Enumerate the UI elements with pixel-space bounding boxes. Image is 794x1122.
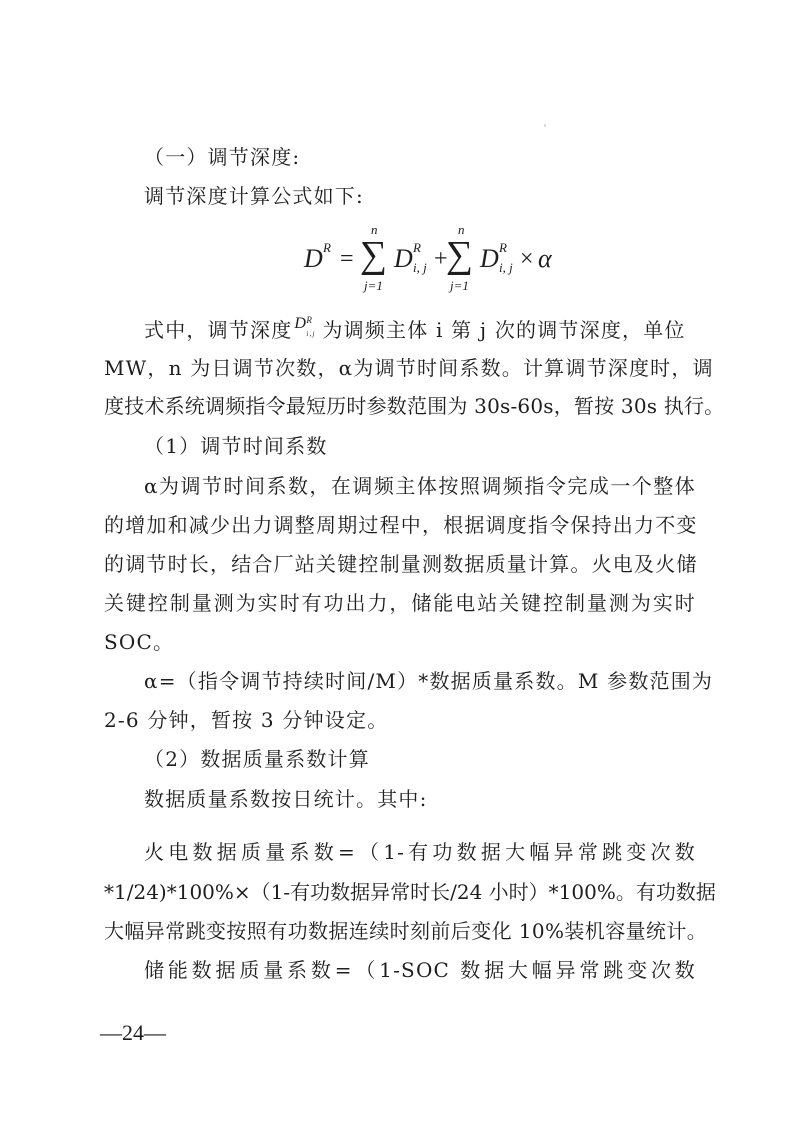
page-number: —24—	[100, 1020, 166, 1046]
formula-lhs-sup: R	[323, 240, 331, 256]
inline-symbol-sub: i,j	[306, 321, 315, 347]
adjustment-depth-formula: D R = n ∑ j=1 D R i, j + n ∑ j=1 D R i, …	[298, 222, 568, 298]
sum1-term-sup: R	[413, 240, 421, 256]
paragraph-line: 火电数据质量系数=（1-有功数据大幅异常跳变次数	[144, 839, 696, 865]
sum2-sigma-icon: ∑	[446, 236, 473, 274]
sum2-term-sub: i, j	[499, 260, 513, 276]
paragraph-line: 数据质量系数按日统计。其中:	[144, 786, 696, 812]
sum1-lower: j=1	[364, 278, 383, 294]
paragraph-line: MW，n 为日调节次数，α为调节时间系数。计算调节深度时，调	[104, 355, 696, 381]
formula-intro: 调节深度计算公式如下:	[144, 183, 696, 209]
formula-lhs: D	[304, 244, 323, 274]
paragraph-line: α=（指令调节持续时间/M）*数据质量系数。M 参数范围为	[144, 668, 696, 694]
scan-speck	[544, 124, 546, 127]
subheading-data-quality: （2）数据质量系数计算	[144, 746, 696, 772]
paragraph-text: 为调频主体 i 第 j 次的调节深度，单位	[322, 318, 685, 342]
paragraph-line: *1/24)*100%×（1-有功数据异常时长/24 小时）*100%。有功数据	[104, 879, 696, 905]
paragraph-line: 式中，调节深度DRi,j为调频主体 i 第 j 次的调节深度，单位	[144, 317, 696, 343]
inline-symbol-d-ij-r: DRi,j	[292, 317, 322, 337]
subheading-time-coefficient: （1）调节时间系数	[144, 433, 696, 459]
paragraph-line: 的增加和减少出力调整周期过程中，根据调度指令保持出力不变	[104, 512, 696, 538]
sum1-term: D	[394, 244, 413, 274]
paragraph-line: SOC。	[104, 629, 696, 655]
paragraph-line: 度技术系统调频指令最短历时参数范围为 30s-60s，暂按 30s 执行。	[104, 393, 696, 419]
paragraph-line: 储能数据质量系数=（1-SOC 数据大幅异常跳变次数	[144, 957, 696, 983]
sum2-lower: j=1	[450, 278, 469, 294]
sum2-term: D	[480, 244, 499, 274]
sum1-term-sub: i, j	[413, 260, 427, 276]
formula-times: ×	[520, 246, 534, 273]
sum1-sigma-icon: ∑	[360, 236, 387, 274]
paragraph-text: 式中，调节深度	[144, 318, 292, 342]
formula-alpha: α	[538, 244, 552, 274]
paragraph-line: 的调节时长，结合厂站关键控制量测数据质量计算。火电及火储	[104, 551, 696, 577]
paragraph-line: 大幅异常跳变按照有功数据连续时刻前后变化 10%装机容量统计。	[104, 918, 696, 944]
sum2-term-sup: R	[499, 240, 507, 256]
formula-equals: =	[340, 246, 354, 273]
section-heading: （一）调节深度:	[144, 144, 696, 170]
paragraph-line: α为调节时间系数，在调频主体按照调频指令完成一个整体	[144, 473, 696, 499]
document-page: （一）调节深度: 调节深度计算公式如下: D R = n ∑ j=1 D R i…	[0, 0, 794, 1122]
paragraph-line: 2-6 分钟，暂按 3 分钟设定。	[104, 707, 696, 733]
paragraph-line: 关键控制量测为实时有功出力，储能电站关键控制量测为实时	[104, 590, 696, 616]
